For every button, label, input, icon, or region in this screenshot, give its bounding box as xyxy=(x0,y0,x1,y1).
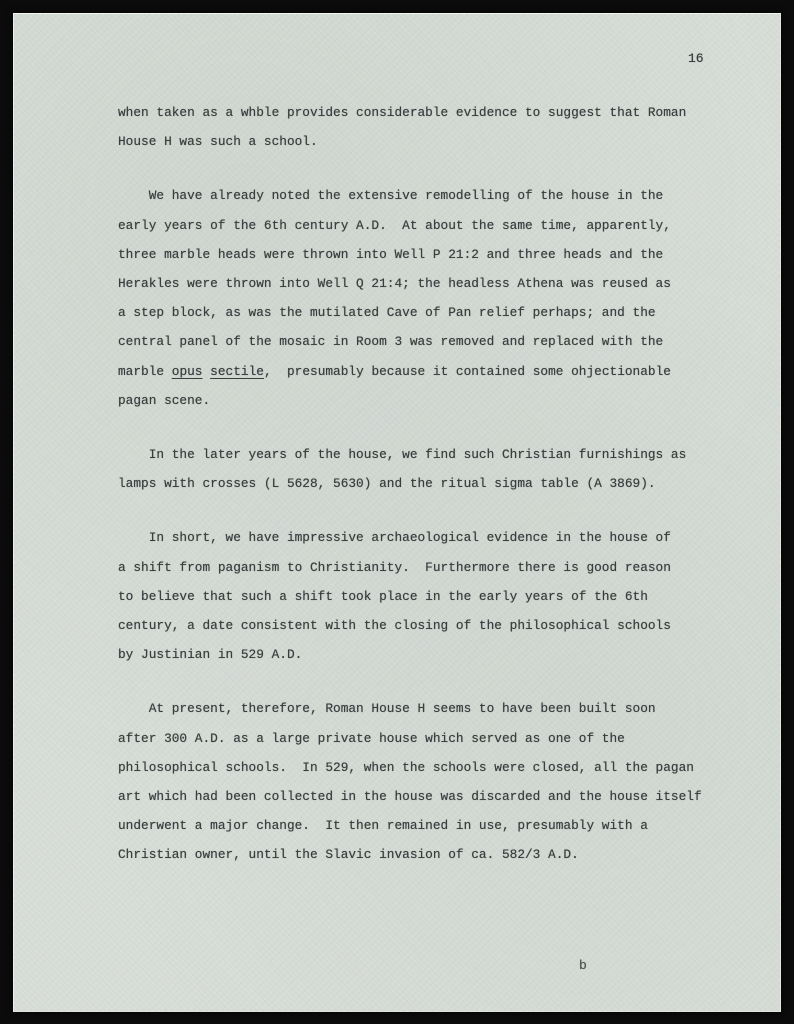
text-line: House H was such a school. xyxy=(118,127,738,156)
text-segment: , presumably because it contained some o… xyxy=(264,364,671,379)
paragraph: In the later years of the house, we find… xyxy=(118,440,738,498)
text-line: after 300 A.D. as a large private house … xyxy=(118,724,738,753)
text-line: three marble heads were thrown into Well… xyxy=(118,240,738,269)
paragraph: We have already noted the extensive remo… xyxy=(118,181,738,415)
text-line: a step block, as was the mutilated Cave … xyxy=(118,298,738,327)
text-line: Christian owner, until the Slavic invasi… xyxy=(118,840,738,869)
paragraph: At present, therefore, Roman House H see… xyxy=(118,694,738,869)
text-line: marble opus sectile, presumably because … xyxy=(118,357,738,386)
paragraph: when taken as a whble provides considera… xyxy=(118,98,738,156)
text-line: century, a date consistent with the clos… xyxy=(118,611,738,640)
text-segment: marble xyxy=(118,364,172,379)
page-number: 16 xyxy=(688,51,704,66)
document-text: when taken as a whble provides considera… xyxy=(118,98,738,895)
bottom-mark: b xyxy=(579,958,587,973)
text-line: art which had been collected in the hous… xyxy=(118,782,738,811)
underlined-term: opus xyxy=(172,364,203,379)
document-page: 16 when taken as a whble provides consid… xyxy=(13,13,781,1012)
text-line: philosophical schools. In 529, when the … xyxy=(118,753,738,782)
text-line: lamps with crosses (L 5628, 5630) and th… xyxy=(118,469,738,498)
text-line: underwent a major change. It then remain… xyxy=(118,811,738,840)
text-line: to believe that such a shift took place … xyxy=(118,582,738,611)
text-line: central panel of the mosaic in Room 3 wa… xyxy=(118,327,738,356)
text-line: a shift from paganism to Christianity. F… xyxy=(118,553,738,582)
text-line: In short, we have impressive archaeologi… xyxy=(118,523,738,552)
text-line: when taken as a whble provides considera… xyxy=(118,98,738,127)
text-line: by Justinian in 529 A.D. xyxy=(118,640,738,669)
underlined-term: sectile xyxy=(210,364,264,379)
paragraph: In short, we have impressive archaeologi… xyxy=(118,523,738,669)
scan-background: 16 when taken as a whble provides consid… xyxy=(0,0,794,1024)
text-line: early years of the 6th century A.D. At a… xyxy=(118,211,738,240)
text-line: In the later years of the house, we find… xyxy=(118,440,738,469)
text-line: Herakles were thrown into Well Q 21:4; t… xyxy=(118,269,738,298)
text-line: At present, therefore, Roman House H see… xyxy=(118,694,738,723)
text-line: pagan scene. xyxy=(118,386,738,415)
text-line: We have already noted the extensive remo… xyxy=(118,181,738,210)
